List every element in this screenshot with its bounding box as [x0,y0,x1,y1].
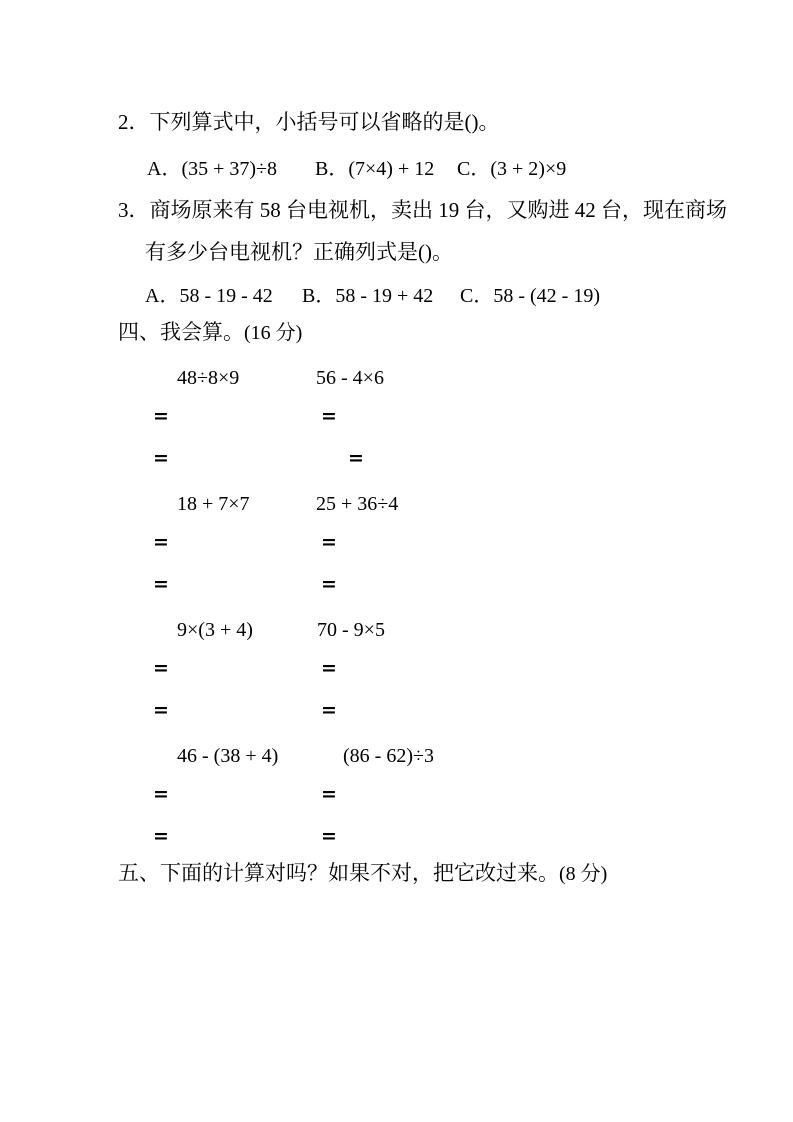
section-5-title: 五、下面的计算对吗？如果不对，把它改过来。 [118,861,559,885]
section-5-heading: 五、下面的计算对吗？如果不对，把它改过来。(8 分) [118,860,607,887]
section-5-score: (8 分) [559,863,607,885]
problem-3-left-expression: 9×(3 + 4) [177,617,253,643]
section-4-title: 四、我会算。 [118,320,244,344]
question-2-option-b: B．(7×4) + 12 [315,155,434,182]
problem-1-right-expression: 56 - 4×6 [316,365,384,391]
equals-blank: = [321,823,337,849]
option-a-expression: (35 + 37)÷8 [181,158,277,180]
equals-blank: = [321,571,337,597]
equals-blank: = [321,655,337,681]
question-2-text: 下列算式中，小括号可以省略的是()。 [150,110,500,134]
equals-blank: = [321,529,337,555]
problem-1-left-expression: 48÷8×9 [177,365,239,391]
equals-blank: = [153,655,169,681]
question-3-text-line-2: 有多少台电视机？正确列式是()。 [145,240,453,264]
equals-blank: = [153,697,169,723]
problem-4-right-expression: (86 - 62)÷3 [343,743,434,769]
option-b-expression: (7×4) + 12 [348,158,434,180]
problem-4-left-expression: 46 - (38 + 4) [177,743,278,769]
equals-blank: = [153,823,169,849]
equals-blank: = [153,529,169,555]
option-c-label: C． [460,285,493,307]
option-c-expression: 58 - (42 - 19) [493,285,600,307]
section-4-heading: 四、我会算。(16 分) [118,319,302,346]
option-a-expression: 58 - 19 - 42 [179,285,272,307]
option-a-label: A． [147,158,181,180]
problem-2-right-expression: 25 + 36÷4 [316,491,398,517]
equals-blank: = [321,781,337,807]
question-3-line-2: 有多少台电视机？正确列式是()。 [145,239,453,265]
question-3-number: 3． [118,198,150,222]
equals-blank: = [153,445,169,471]
problem-3-right-expression: 70 - 9×5 [317,617,385,643]
option-b-label: B． [315,158,348,180]
question-3-text-line-1: 商场原来有 58 台电视机，卖出 19 台，又购进 42 台，现在商场 [150,198,728,222]
equals-blank: = [321,697,337,723]
question-2-option-a: A．(35 + 37)÷8 [147,155,277,182]
equals-blank: = [348,445,364,471]
option-c-expression: (3 + 2)×9 [490,158,566,180]
option-b-label: B． [302,285,335,307]
equals-blank: = [153,781,169,807]
question-3-option-b: B．58 - 19 + 42 [302,282,433,309]
option-a-label: A． [145,285,179,307]
worksheet-page: 2．下列算式中，小括号可以省略的是()。 A．(35 + 37)÷8 B．(7×… [0,0,793,1122]
question-3-line-1: 3．商场原来有 58 台电视机，卖出 19 台，又购进 42 台，现在商场 [118,197,727,223]
equals-blank: = [321,403,337,429]
problem-2-left-expression: 18 + 7×7 [177,491,250,517]
question-2-number: 2． [118,110,150,134]
option-c-label: C． [457,158,490,180]
question-3-option-c: C．58 - (42 - 19) [460,282,600,309]
question-2-line: 2．下列算式中，小括号可以省略的是()。 [118,109,500,135]
question-3-option-a: A．58 - 19 - 42 [145,282,273,309]
equals-blank: = [153,571,169,597]
option-b-expression: 58 - 19 + 42 [335,285,433,307]
question-2-option-c: C．(3 + 2)×9 [457,155,566,182]
section-4-score: (16 分) [244,322,302,344]
equals-blank: = [153,403,169,429]
